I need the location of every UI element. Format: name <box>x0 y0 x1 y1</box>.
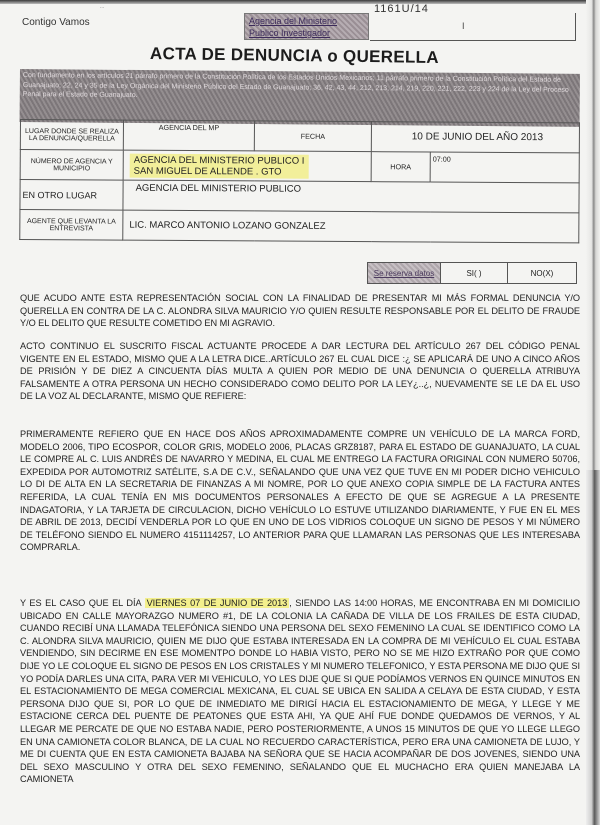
agencia-value-line1: AGENCIA DEL MINISTERIO PUBLICO I <box>134 154 305 166</box>
fecha-value: 10 DE JUNIO DEL AÑO 2013 <box>371 122 579 153</box>
hora-label: HORA <box>371 152 430 182</box>
agente-label: AGENTE QUE LEVANTA LA ENTREVISTA <box>20 210 123 241</box>
reserve-label: Se reserva datos <box>368 263 441 283</box>
statement-section-1: QUE ACUDO ANTE ESTA REPRESENTACIÓN SOCIA… <box>20 292 580 337</box>
form-row-agencia: NÚMERO DE AGENCIA Y MUNICIPIO AGENCIA DE… <box>20 150 579 183</box>
fecha-label: FECHA <box>254 121 371 152</box>
agencia-label: NÚMERO DE AGENCIA Y MUNICIPIO <box>20 150 123 181</box>
agency-label-line2: Publico Investigador <box>249 27 364 39</box>
reserve-data-box: Se reserva datos SI( ) NO(X) <box>367 262 577 284</box>
file-code-sub: I <box>462 21 465 31</box>
agency-label-box: Agencia del Ministerio Publico Investiga… <box>244 13 369 40</box>
otro-lugar-label: EN OTRO LUGAR <box>20 180 123 211</box>
legal-basis-block: Con fundamento en los artículos 21 párra… <box>20 69 580 127</box>
paragraph-article-267: ACTO CONTINUO EL SUSCRITO FISCAL ACTUANT… <box>20 340 580 403</box>
statement-section-2: ACTO CONTINUO EL SUSCRITO FISCAL ACTUANT… <box>20 340 580 410</box>
scan-right-edge-shadow <box>586 470 600 825</box>
paragraph-events: Y ES EL CASO QUE EL DÍA VIERNES 07 DE JU… <box>20 597 580 786</box>
agencia-value-line2: SAN MIGUEL DE ALLENDE . GTO <box>134 165 305 177</box>
scan-top-edge <box>0 0 600 4</box>
form-row-agente: AGENTE QUE LEVANTA LA ENTREVISTA LIC. MA… <box>20 210 579 243</box>
agency-label-line1: Agencia del Ministerio <box>249 15 364 27</box>
statement-section-3: PRIMERAMENTE REFIERO QUE EN HACE DOS AÑO… <box>20 428 580 561</box>
file-code-box <box>370 13 576 41</box>
reserve-yes-option[interactable]: SI( ) <box>441 263 508 283</box>
lugar-value: AGENCIA DEL MP <box>123 120 254 151</box>
form-row-otro-lugar: EN OTRO LUGAR AGENCIA DEL MINISTERIO PUB… <box>20 180 579 213</box>
hora-value: 07:00 <box>430 152 579 183</box>
paragraph-vehicle: PRIMERAMENTE REFIERO QUE EN HACE DOS AÑO… <box>20 428 580 554</box>
otro-lugar-value: AGENCIA DEL MINISTERIO PUBLICO <box>123 180 579 213</box>
events-intro: Y ES EL CASO QUE EL DÍA <box>20 598 145 608</box>
header-small-text: ... <box>100 4 104 10</box>
agencia-value: AGENCIA DEL MINISTERIO PUBLICO I SAN MIG… <box>123 150 371 182</box>
statement-section-4: Y ES EL CASO QUE EL DÍA VIERNES 07 DE JU… <box>20 597 580 793</box>
form-row-lugar: LUGAR DONDE SE REALIZA LA DENUNCIA/QUERE… <box>20 120 579 153</box>
highlighted-date: VIERNES 07 DE JUNIO DE 2013 <box>145 598 290 608</box>
denuncia-form-table: LUGAR DONDE SE REALIZA LA DENUNCIA/QUERE… <box>19 119 580 243</box>
reserve-no-option[interactable]: NO(X) <box>508 263 576 283</box>
paragraph-complaint: QUE ACUDO ANTE ESTA REPRESENTACIÓN SOCIA… <box>20 292 580 330</box>
document-title: ACTA DE DENUNCIA o QUERELLA <box>150 44 439 68</box>
lugar-label: LUGAR DONDE SE REALIZA LA DENUNCIA/QUERE… <box>20 120 123 151</box>
file-code: 1161U/14 <box>374 3 429 15</box>
events-body: , SIENDO LAS 14:00 HORAS, ME ENCONTRABA … <box>20 598 580 784</box>
agente-value: LIC. MARCO ANTONIO LOZANO GONZALEZ <box>123 210 579 243</box>
slogan: Contigo Vamos <box>22 17 90 28</box>
agencia-value-highlight: AGENCIA DEL MINISTERIO PUBLICO I SAN MIG… <box>130 153 309 178</box>
